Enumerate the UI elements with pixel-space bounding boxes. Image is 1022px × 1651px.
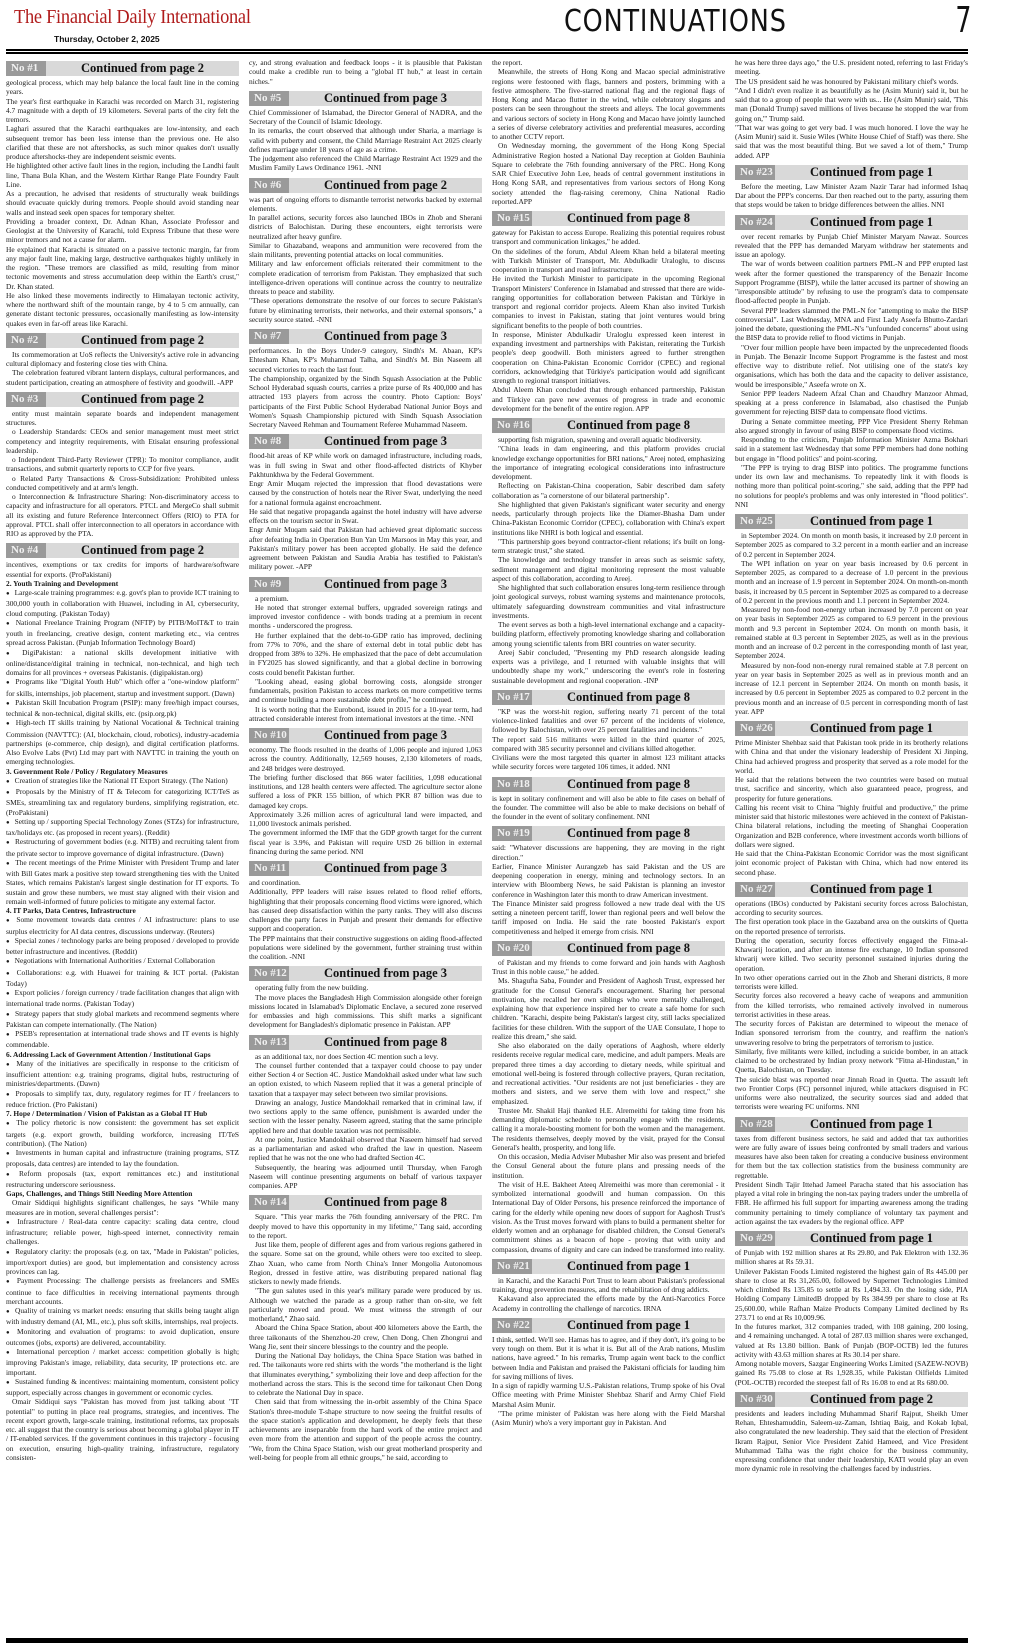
paragraph: operations (IBOs) conducted by Pakistani…: [735, 899, 968, 918]
paragraph: "Looking ahead, easing global borrowing …: [249, 677, 482, 705]
paragraph: He also linked these movements indirectl…: [6, 291, 239, 328]
bullet-item: Restructuring of government bodies (e.g.…: [6, 837, 239, 858]
continued-from-label: Continued from page 1: [775, 882, 968, 897]
paragraph: The move places the Bangladesh High Comm…: [249, 993, 482, 1030]
continuation-article: No #20Continued from page 8of Pakistan a…: [492, 941, 725, 1254]
paragraph: I think, settled. We'll see. Hamas has t…: [492, 1335, 725, 1381]
continued-from-label: Continued from page 2: [775, 1392, 968, 1407]
paragraph: Among notable movers, Sazgar Engineering…: [735, 1359, 968, 1387]
paragraph: At one point, Justice Mandokhail observe…: [249, 1135, 482, 1163]
continuation-header: No #6Continued from page 2: [249, 178, 482, 193]
paragraph: Omair Siddiqui highlights significant ch…: [6, 1198, 239, 1217]
continued-from-label: Continued from page 8: [532, 690, 725, 705]
continuation-article: No #11Continued from page 3and coordinat…: [249, 861, 482, 961]
bullet-item: Payment Processing: The challenge persis…: [6, 1276, 239, 1306]
paragraph: As a precaution, he advised that residen…: [6, 189, 239, 217]
paragraph: Chief Commissioner of Islamabad, the Dir…: [249, 108, 482, 127]
paragraph: During the National Day holidays, the Ch…: [249, 1351, 482, 1397]
subheading: Gaps, Challenges, and Things Still Needi…: [6, 1189, 239, 1198]
bullet-item: Creation of strategies like the National…: [6, 776, 239, 787]
bullet-item: High-tech IT skills training by National…: [6, 718, 239, 766]
paragraph: "The gun salutes used in this year's mil…: [249, 1286, 482, 1323]
paragraph: Similar to Ghazaband, weapons and ammuni…: [249, 241, 482, 260]
paragraph: Earlier, Finance Minister Aurangzeb has …: [492, 862, 725, 899]
paragraph: On Wednesday morning, the government of …: [492, 141, 725, 206]
continued-from-label: Continued from page 2: [46, 61, 239, 76]
paragraph: "This partnership goes beyond contractor…: [492, 537, 725, 556]
article-number-badge: No #16: [492, 418, 532, 433]
paragraph: The celebration featured vibrant lantern…: [6, 368, 239, 387]
paragraph: o Interconnection & Infrastructure Shari…: [6, 492, 239, 538]
paragraph: over recent remarks by Punjab Chief Mini…: [735, 232, 968, 260]
subheading: 6. Addressing Lack of Government Attenti…: [6, 1050, 239, 1059]
bullet-item: DigiPakistan: a national skills developm…: [6, 648, 239, 678]
continuation-article: No #16Continued from page 8supporting fi…: [492, 418, 725, 685]
continued-from-label: Continued from page 1: [775, 721, 968, 736]
bullet-item: PSEB's representation at international t…: [6, 1029, 239, 1050]
paragraph: It is worth noting that the Eurobond, is…: [249, 705, 482, 724]
paragraph: incentives, exemptions or tax credits fo…: [6, 560, 239, 579]
paragraph: The counsel further contended that a tax…: [249, 1061, 482, 1098]
continued-from-label: Continued from page 1: [775, 215, 968, 230]
continued-from-label: Continued from page 3: [289, 861, 482, 876]
paragraph: flood-hit areas of KP while work on dama…: [249, 451, 482, 479]
paragraph: Providing a broader context, Dr. Adnan K…: [6, 217, 239, 245]
continuation-article: No #12Continued from page 3operating ful…: [249, 966, 482, 1029]
paragraph: The US president said he was honoured by…: [735, 77, 968, 86]
article-number-badge: No #29: [735, 1231, 775, 1246]
paragraph: is kept in solitary confinement and will…: [492, 794, 725, 822]
continuation-header: No #19Continued from page 8: [492, 826, 725, 841]
continuation-header: No #22Continued from page 1: [492, 1318, 725, 1333]
continuation-article: No #22Continued from page 1I think, sett…: [492, 1318, 725, 1428]
article-number-badge: No #3: [6, 392, 46, 407]
paragraph: The championship, organized by the Sindh…: [249, 374, 482, 430]
bullet-item: Strategy papers that study global market…: [6, 1009, 239, 1030]
bullet-item: Proposals by the Ministry of IT & Teleco…: [6, 787, 239, 817]
article-number-badge: No #25: [735, 514, 775, 529]
article-number-badge: No #11: [249, 861, 289, 876]
continued-from-label: Continued from page 2: [289, 178, 482, 193]
paragraph: Similarly, five militants were killed, i…: [735, 1047, 968, 1075]
paragraph: He invited the Turkish Minister to parti…: [492, 274, 725, 330]
continuation-article: No #9Continued from page 3a premium.He n…: [249, 577, 482, 724]
continuation-header: No #20Continued from page 8: [492, 941, 725, 956]
paragraph: The government informed the IMF that the…: [249, 828, 482, 856]
continuation-article: No #25Continued from page 1in September …: [735, 514, 968, 716]
section-title: CONTINUATIONS: [564, 4, 787, 39]
article-number-badge: No #12: [249, 966, 289, 981]
paragraph: The first operation took place in the Ga…: [735, 917, 968, 936]
paragraph: The report said 516 militants were kille…: [492, 735, 725, 754]
article-number-badge: No #17: [492, 690, 532, 705]
paragraph: in Karachi, and the Karachi Port Trust t…: [492, 1276, 725, 1295]
continued-from-label: Continued from page 1: [775, 1231, 968, 1246]
continuation-header: No #12Continued from page 3: [249, 966, 482, 981]
continued-from-label: Continued from page 1: [775, 1117, 968, 1132]
continuation-article: No #28Continued from page 1taxes from di…: [735, 1117, 968, 1227]
paragraph: Prime Minister Shehbaz said that Pakista…: [735, 738, 968, 775]
bullet-item: Proposals to simplify tax, duty, regulat…: [6, 1089, 239, 1110]
continuation-header: No #15Continued from page 8: [492, 211, 725, 226]
page-number: 7: [955, 0, 971, 41]
article-number-badge: No #30: [735, 1392, 775, 1407]
paragraph: cy, and strong evaluation and feedback l…: [249, 58, 482, 86]
continued-from-label: Continued from page 3: [289, 434, 482, 449]
continuation-article: No #3Continued from page 2entity must ma…: [6, 392, 239, 539]
paragraph: a premium.: [249, 594, 482, 603]
paragraph: The judgement also referenced the Child …: [249, 154, 482, 173]
paragraph: He said that the China-Pakistan Economic…: [735, 849, 968, 877]
article-number-badge: No #22: [492, 1318, 532, 1333]
paragraph: She highlighted that given Pakistan's si…: [492, 500, 725, 537]
paragraph: President Sindh Tajir Ittehad Jameel Par…: [735, 1180, 968, 1226]
continuation-article: No #2Continued from page 2Its commemorat…: [6, 333, 239, 387]
continuation-header: No #16Continued from page 8: [492, 418, 725, 433]
paragraph: He said that the relations between the t…: [735, 775, 968, 803]
paragraph: The Finance Minister said progress follo…: [492, 899, 725, 936]
paragraph: geological process, which may help balan…: [6, 78, 239, 97]
article-number-badge: No #10: [249, 728, 289, 743]
paragraph: On this occasion, Media Adviser Mubasher…: [492, 1152, 725, 1180]
subheading: 4. IT Parks, Data Centres, Infrastructur…: [6, 906, 239, 915]
paragraph: Subsequently, the hearing was adjourned …: [249, 1163, 482, 1191]
continuation-header: No #8Continued from page 3: [249, 434, 482, 449]
paragraph: On the sidelines of the forum, Abdul Ale…: [492, 247, 725, 275]
continued-from-label: Continued from page 2: [46, 392, 239, 407]
bullet-item: Special zones / technology parks are bei…: [6, 936, 239, 957]
continuation-header: No #28Continued from page 1: [735, 1117, 968, 1132]
paragraph: and coordination.: [249, 878, 482, 887]
subheading: 7. Hope / Determination / Vision of Paki…: [6, 1109, 239, 1118]
paragraph: said: "Whatever discussions are happenin…: [492, 843, 725, 862]
paragraph: o Independent Third-Party Reviewer (TPR)…: [6, 455, 239, 474]
continued-from-label: Continued from page 1: [775, 514, 968, 529]
article-number-badge: No #15: [492, 211, 532, 226]
article-number-badge: No #19: [492, 826, 532, 841]
subheading: 2. Youth Training and Development: [6, 579, 239, 588]
bullet-item: Monitoring and evaluation of programs: t…: [6, 1327, 239, 1348]
paragraph: Measured by non-food non-energy urban in…: [735, 605, 968, 661]
article-number-badge: No #23: [735, 165, 775, 180]
paragraph: The briefing further disclosed that 866 …: [249, 773, 482, 810]
continuation-header: No #13Continued from page 8: [249, 1035, 482, 1050]
paragraph: "Over four million people have been impa…: [735, 343, 968, 389]
article-number-badge: No #7: [249, 329, 289, 344]
continuation-article: the report.Meanwhile, the streets of Hon…: [492, 58, 725, 206]
continued-from-label: Continued from page 8: [532, 777, 725, 792]
paragraph: supporting fish migration, spawning and …: [492, 435, 725, 444]
paragraph: Before the meeting, Law Minister Azam Na…: [735, 182, 968, 210]
continuation-header: No #27Continued from page 1: [735, 882, 968, 897]
paragraph: presidents and leaders including Muhamma…: [735, 1409, 968, 1474]
paragraph: The event serves as both a high-level in…: [492, 620, 725, 648]
paragraph: Measured by non-food non-energy rural re…: [735, 661, 968, 717]
paragraph: Senior PPP leaders Nadeem Afzal Chan and…: [735, 389, 968, 417]
paragraph: The PPP maintains that their constructiv…: [249, 934, 482, 962]
bullet-item: International perception / market access…: [6, 1347, 239, 1377]
continuation-article: No #19Continued from page 8said: "Whatev…: [492, 826, 725, 936]
paragraph: "And I didn't even realize it as beautif…: [735, 86, 968, 123]
paragraph: The year's first earthquake in Karachi w…: [6, 97, 239, 125]
bullet-item: Some movement towards data centres / AI …: [6, 915, 239, 936]
article-number-badge: No #14: [249, 1195, 289, 1210]
bullet-item: Infrastructure / Real-data centre capaci…: [6, 1217, 239, 1247]
paragraph: She also elaborated on the daily operati…: [492, 1041, 725, 1106]
paragraph: Additionally, PPP leaders will raise iss…: [249, 887, 482, 933]
continuation-article: cy, and strong evaluation and feedback l…: [249, 58, 482, 86]
article-number-badge: No #13: [249, 1035, 289, 1050]
paragraph: Aboard the China Space Station, about 40…: [249, 1323, 482, 1351]
continued-from-label: Continued from page 8: [289, 1035, 482, 1050]
paragraph: Civilians were the most targeted this qu…: [492, 753, 725, 772]
continued-from-label: Continued from page 1: [532, 1318, 725, 1333]
column-2: cy, and strong evaluation and feedback l…: [249, 58, 482, 1636]
column-1: No #1Continued from page 2geological pro…: [6, 58, 239, 1636]
paragraph: The WPI inflation on year on year basis …: [735, 559, 968, 605]
continued-from-label: Continued from page 3: [289, 966, 482, 981]
paragraph: taxes from different business sectors, h…: [735, 1134, 968, 1180]
continuation-article: No #30Continued from page 2presidents an…: [735, 1392, 968, 1474]
paragraph: He highlighted other active fault lines …: [6, 161, 239, 189]
paragraph: In two other operations carried out in t…: [735, 973, 968, 992]
paragraph: In parallel actions, security forces als…: [249, 213, 482, 241]
continuation-header: No #3Continued from page 2: [6, 392, 239, 407]
continuation-article: he was here three days ago," the U.S. pr…: [735, 58, 968, 160]
article-number-badge: No #9: [249, 577, 289, 592]
continuation-article: No #29Continued from page 1of Punjab wit…: [735, 1231, 968, 1387]
continued-from-label: Continued from page 8: [532, 941, 725, 956]
paragraph: o Related Party Transactions & Cross-Sub…: [6, 474, 239, 493]
continued-from-label: Continued from page 8: [532, 826, 725, 841]
paragraph: operating fully from the new building.: [249, 983, 482, 992]
masthead: The Financial Daily International Thursd…: [6, 0, 968, 50]
bullet-item: Negotiations with International Authorit…: [6, 956, 239, 967]
paragraph: "China leads in dam engineering, and thi…: [492, 444, 725, 481]
continuation-header: No #10Continued from page 3: [249, 728, 482, 743]
continued-from-label: Continued from page 3: [289, 577, 482, 592]
paragraph: Abdul Aleem Khan concluded that through …: [492, 385, 725, 413]
paragraph: Drawing an analogy, Justice Mandokhail r…: [249, 1098, 482, 1135]
paragraph: During a Senate committee meeting, PPP V…: [735, 417, 968, 436]
paragraph: The suicide blast was reported near Jinn…: [735, 1075, 968, 1112]
paragraph: He said that negative propaganda against…: [249, 507, 482, 526]
paragraph: In the futures market, 312 companies tra…: [735, 1322, 968, 1359]
continuation-header: No #4Continued from page 2: [6, 543, 239, 558]
continuation-article: No #26Continued from page 1Prime Ministe…: [735, 721, 968, 877]
continuation-article: No #1Continued from page 2geological pro…: [6, 61, 239, 328]
bullet-item: The recent meetings of the Prime Ministe…: [6, 858, 239, 906]
bullet-item: Regulatory clarity: the proposals (e.g. …: [6, 1247, 239, 1277]
continuation-article: No #17Continued from page 8"KP was the w…: [492, 690, 725, 772]
paragraph: Areej Sabir concluded, "Presenting my Ph…: [492, 648, 725, 685]
continuation-article: No #15Continued from page 8gateway for P…: [492, 211, 725, 413]
paragraph: The security forces of Pakistan are dete…: [735, 1019, 968, 1047]
article-number-badge: No #5: [249, 91, 289, 106]
newspaper-page: The Financial Daily International Thursd…: [6, 0, 968, 1651]
paragraph: "That war was going to get very bad. I w…: [735, 123, 968, 160]
continued-from-label: Continued from page 3: [289, 728, 482, 743]
article-number-badge: No #27: [735, 882, 775, 897]
issue-date: Thursday, October 2, 2025: [54, 34, 160, 44]
article-columns: No #1Continued from page 2geological pro…: [6, 58, 968, 1636]
paragraph: "The prime minister of Pakistan was here…: [492, 1409, 725, 1428]
bullet-item: Setting up / supporting Special Technolo…: [6, 817, 239, 838]
continuation-header: No #23Continued from page 1: [735, 165, 968, 180]
continuation-header: No #29Continued from page 1: [735, 1231, 968, 1246]
continuation-header: No #30Continued from page 2: [735, 1392, 968, 1407]
paragraph: performances. In the Boys Under-9 catego…: [249, 346, 482, 374]
paragraph: Ms. Shagufta Saba, Founder and President…: [492, 976, 725, 1041]
continuation-article: No #7Continued from page 3performances. …: [249, 329, 482, 429]
paragraph: Laghari assured that the Karachi earthqu…: [6, 124, 239, 161]
continuation-article: No #4Continued from page 2incentives, ex…: [6, 543, 239, 1462]
continued-from-label: Continued from page 8: [532, 211, 725, 226]
continuation-header: No #7Continued from page 3: [249, 329, 482, 344]
continuation-header: No #11Continued from page 3: [249, 861, 482, 876]
paragraph: Omair Siddiqui says "Pakistan has moved …: [6, 1397, 239, 1462]
paragraph: of Pakistan and my friends to come forwa…: [492, 958, 725, 977]
paragraph: Reflecting on Pakistan-China cooperation…: [492, 481, 725, 500]
continuation-header: No #9Continued from page 3: [249, 577, 482, 592]
continued-from-label: Continued from page 8: [289, 1195, 482, 1210]
paragraph: The war of words between coalition partn…: [735, 259, 968, 305]
footer-rule: [6, 1638, 968, 1643]
continuation-header: No #24Continued from page 1: [735, 215, 968, 230]
bullet-item: Large-scale training programmes: e.g. go…: [6, 588, 239, 618]
paragraph: The knowledge and technology transfer in…: [492, 555, 725, 583]
paragraph: "The PPP is trying to drag BISP into pol…: [735, 463, 968, 509]
continuation-article: No #27Continued from page 1operations (I…: [735, 882, 968, 1112]
article-number-badge: No #2: [6, 333, 46, 348]
continuation-header: No #21Continued from page 1: [492, 1259, 725, 1274]
continuation-header: No #26Continued from page 1: [735, 721, 968, 736]
paragraph: Trustee Mr. Shakil Haji thanked H.E. Alr…: [492, 1106, 725, 1152]
continuation-header: No #17Continued from page 8: [492, 690, 725, 705]
paragraph: In a sign of rapidly warming U.S.-Pakist…: [492, 1381, 725, 1409]
continuation-header: No #1Continued from page 2: [6, 61, 239, 76]
paragraph: Unilever Pakistan Foods Limited register…: [735, 1267, 968, 1323]
paragraph: "These operations demonstrate the resolv…: [249, 296, 482, 324]
continuation-header: No #18Continued from page 8: [492, 777, 725, 792]
continuation-article: No #13Continued from page 8as an additio…: [249, 1035, 482, 1191]
paragraph: Calling his recent visit to China "highl…: [735, 803, 968, 849]
paragraph: During the operation, security forces ef…: [735, 936, 968, 973]
paragraph: he was here three days ago," the U.S. pr…: [735, 58, 968, 77]
continued-from-label: Continued from page 8: [532, 418, 725, 433]
article-number-badge: No #28: [735, 1117, 775, 1132]
paragraph: Security forces also recovered a heavy c…: [735, 991, 968, 1019]
bullet-item: Programs like "Digital Youth Hub" which …: [6, 677, 239, 698]
continuation-article: No #23Continued from page 1Before the me…: [735, 165, 968, 210]
paragraph: Chen said that from witnessing the in-or…: [249, 1397, 482, 1462]
continuation-article: No #6Continued from page 2was part of on…: [249, 178, 482, 325]
bullet-item: National Freelance Training Program (NFT…: [6, 618, 239, 648]
article-number-badge: No #1: [6, 61, 46, 76]
bullet-item: Many of the initiatives are specifically…: [6, 1059, 239, 1089]
paragraph: gateway for Pakistan to access Europe. R…: [492, 228, 725, 247]
continuation-article: No #18Continued from page 8is kept in so…: [492, 777, 725, 822]
continuation-header: No #5Continued from page 3: [249, 91, 482, 106]
continuation-article: No #24Continued from page 1over recent r…: [735, 215, 968, 510]
bullet-item: Sustained funding & incentives: maintain…: [6, 1377, 239, 1398]
continuation-article: No #10Continued from page 3economy. The …: [249, 728, 482, 856]
bullet-item: Collaborations: e.g. with Huawei for tra…: [6, 968, 239, 989]
article-number-badge: No #6: [249, 178, 289, 193]
bullet-item: Reform proposals (tax, export remittance…: [6, 1169, 239, 1190]
paragraph: the report.: [492, 58, 725, 67]
paragraph: was part of ongoing efforts to dismantle…: [249, 195, 482, 214]
paragraph: He further explained that the debt-to-GD…: [249, 631, 482, 677]
column-4: he was here three days ago," the U.S. pr…: [735, 58, 968, 1636]
paragraph: In response, Minister Abdulkadir Uralogl…: [492, 330, 725, 386]
continuation-header: No #14Continued from page 8: [249, 1195, 482, 1210]
paragraph: entity must maintain separate boards and…: [6, 409, 239, 428]
paragraph: The visit of H.E. Bakheet Ateeq Alremeit…: [492, 1180, 725, 1254]
paragraph: He explained that Karachi is situated on…: [6, 245, 239, 291]
continuation-header: No #25Continued from page 1: [735, 514, 968, 529]
paragraph: He noted that stronger external buffers,…: [249, 603, 482, 631]
bullet-item: Export policies / foreign currency / tra…: [6, 988, 239, 1009]
masthead-divider: [6, 49, 968, 54]
continuation-article: No #14Continued from page 8Square. "This…: [249, 1195, 482, 1462]
paragraph: of Punjab with 192 million shares at Rs …: [735, 1248, 968, 1267]
continued-from-label: Continued from page 1: [532, 1259, 725, 1274]
paragraph: Engr Amir Muqam rejected the impression …: [249, 479, 482, 507]
paragraph: Approximately 3.26 million acres of agri…: [249, 810, 482, 829]
bullet-item: Pakistan Skill Incubation Program (PSIP)…: [6, 698, 239, 719]
bullet-item: Quality of training vs market needs: ens…: [6, 1306, 239, 1327]
column-3: the report.Meanwhile, the streets of Hon…: [492, 58, 725, 1636]
continued-from-label: Continued from page 2: [46, 333, 239, 348]
paragraph: In its remarks, the court observed that …: [249, 126, 482, 154]
paragraph: Responding to the criticism, Punjab Info…: [735, 435, 968, 463]
bullet-item: Investments in human capital and infrast…: [6, 1148, 239, 1169]
continued-from-label: Continued from page 2: [46, 543, 239, 558]
paragraph: Military and law enforcement officials r…: [249, 259, 482, 296]
subheading: 3. Government Role / Policy / Regulatory…: [6, 767, 239, 776]
paragraph: "KP was the worst-hit region, suffering …: [492, 707, 725, 735]
paragraph: Engr Amir Muqam said that Pakistan had a…: [249, 525, 482, 571]
paragraph: economy. The floods resulted in the deat…: [249, 745, 482, 773]
newspaper-brand: The Financial Daily International: [14, 6, 251, 29]
continued-from-label: Continued from page 3: [289, 329, 482, 344]
paragraph: in September 2024. On month on month bas…: [735, 531, 968, 559]
paragraph: as an additional tax, nor does Section 4…: [249, 1052, 482, 1061]
article-number-badge: No #24: [735, 215, 775, 230]
paragraph: o Leadership Standards: CEOs and senior …: [6, 427, 239, 455]
continuation-header: No #2Continued from page 2: [6, 333, 239, 348]
article-number-badge: No #20: [492, 941, 532, 956]
continuation-article: No #21Continued from page 1in Karachi, a…: [492, 1259, 725, 1313]
paragraph: Meanwhile, the streets of Hong Kong and …: [492, 67, 725, 141]
paragraph: Just like them, people of different ages…: [249, 1240, 482, 1286]
article-number-badge: No #18: [492, 777, 532, 792]
article-number-badge: No #8: [249, 434, 289, 449]
continuation-article: No #5Continued from page 3Chief Commissi…: [249, 91, 482, 173]
paragraph: Its commemoration at UoS reflects the Un…: [6, 350, 239, 369]
article-number-badge: No #26: [735, 721, 775, 736]
article-number-badge: No #4: [6, 543, 46, 558]
continued-from-label: Continued from page 1: [775, 165, 968, 180]
article-number-badge: No #21: [492, 1259, 532, 1274]
paragraph: Kakavand also appreciated the efforts ma…: [492, 1294, 725, 1313]
bullet-item: The policy rhetoric is now consistent: t…: [6, 1118, 239, 1148]
continuation-article: No #8Continued from page 3flood-hit area…: [249, 434, 482, 571]
paragraph: Square. "This year marks the 76th foundi…: [249, 1212, 482, 1240]
continued-from-label: Continued from page 3: [289, 91, 482, 106]
paragraph: She highlighted that such collaboration …: [492, 583, 725, 620]
